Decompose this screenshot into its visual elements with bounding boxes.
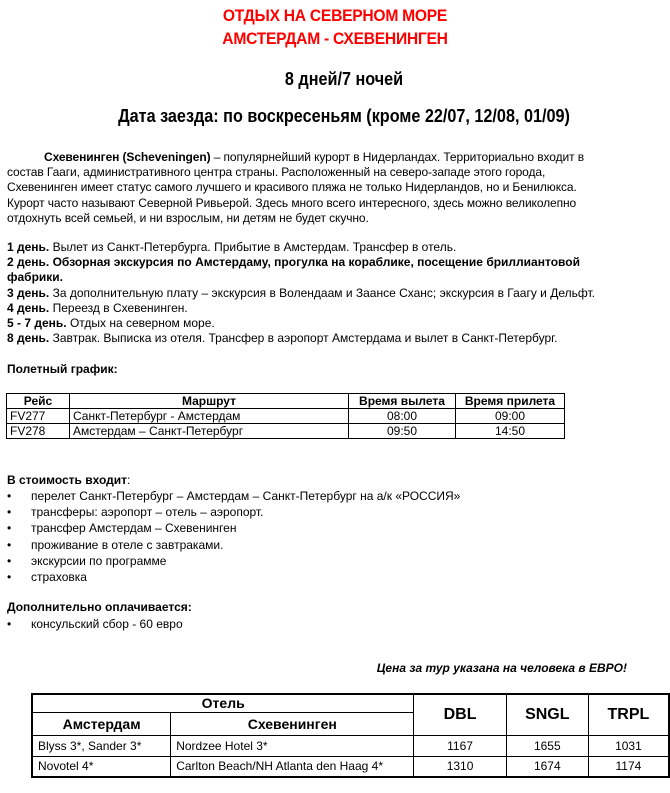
col-amsterdam: Амстердам <box>32 712 171 735</box>
itinerary-day: 3 день. За дополнительную плату – экскур… <box>7 286 667 301</box>
bullet-icon: • <box>7 553 31 569</box>
col-scheveningen: Схевенинген <box>171 712 414 735</box>
list-item: •трансфер Амстердам – Схевенинген <box>7 520 460 536</box>
flights-heading: Полетный график: <box>7 362 118 376</box>
title-line-1: ОТДЫХ НА СЕВЕРНОМ МОРЕ <box>27 6 643 26</box>
itinerary-day: 5 - 7 день. Отдых на северном море. <box>7 316 667 331</box>
table-row: Blyss 3*, Sander 3* Nordzee Hotel 3* 116… <box>32 735 669 756</box>
table-row: Novotel 4* Carlton Beach/NH Atlanta den … <box>32 756 669 777</box>
table-row: FV278 Амстердам – Санкт-Петербург 09:50 … <box>7 424 565 439</box>
list-item: •трансферы: аэропорт – отель – аэропорт. <box>7 504 460 520</box>
extra-list: •консульский сбор - 60 евро <box>7 616 183 632</box>
col-trpl: TRPL <box>588 694 669 735</box>
itinerary-day: 1 день. Вылет из Санкт-Петербурга. Прибы… <box>7 240 667 255</box>
title-line-2: АМСТЕРДАМ - СХЕВЕНИНГЕН <box>27 29 643 49</box>
col-dbl: DBL <box>414 694 506 735</box>
itinerary: 1 день. Вылет из Санкт-Петербурга. Прибы… <box>7 240 667 346</box>
bullet-icon: • <box>7 537 31 553</box>
bullet-icon: • <box>7 520 31 536</box>
list-item: •проживание в отеле с завтраками. <box>7 537 460 553</box>
list-item: •экскурсии по программе <box>7 553 460 569</box>
list-item: •консульский сбор - 60 евро <box>7 616 183 632</box>
tour-duration: 8 дней/7 ночей <box>34 69 655 90</box>
itinerary-day: 8 день. Завтрак. Выписка из отеля. Транс… <box>7 331 667 346</box>
intro-paragraph: Схевенинген (Scheveningen) – популярнейш… <box>7 150 667 226</box>
flights-table: Рейс Маршрут Время вылета Время прилета … <box>6 393 565 439</box>
itinerary-day: 4 день. Переезд в Схевенинген. <box>7 301 667 316</box>
table-row: FV277 Санкт-Петербург - Амстердам 08:00 … <box>7 409 565 424</box>
bullet-icon: • <box>7 488 31 504</box>
included-heading: В стоимость входит: <box>7 473 130 487</box>
col-sngl: SNGL <box>506 694 588 735</box>
col-arrival: Время прилета <box>456 394 565 409</box>
prices-table: Отель DBL SNGL TRPL Амстердам Схевенинге… <box>31 693 670 778</box>
intro-lead: Схевенинген (Scheveningen) <box>44 150 210 164</box>
list-item: •страховка <box>7 569 460 585</box>
bullet-icon: • <box>7 569 31 585</box>
included-list: •перелет Санкт-Петербург – Амстердам – С… <box>7 488 460 585</box>
extra-heading: Дополнительно оплачивается: <box>7 600 192 614</box>
itinerary-day: 2 день. Обзорная экскурсия по Амстердаму… <box>7 255 667 270</box>
arrival-dates: Дата заезда: по воскресеньям (кроме 22/0… <box>34 106 655 127</box>
itinerary-day-continued: фабрики. <box>7 270 667 285</box>
col-flight: Рейс <box>7 394 70 409</box>
col-route: Маршрут <box>70 394 349 409</box>
list-item: •перелет Санкт-Петербург – Амстердам – С… <box>7 488 460 504</box>
bullet-icon: • <box>7 504 31 520</box>
col-departure: Время вылета <box>349 394 456 409</box>
price-note: Цена за тур указана на человека в ЕВРО! <box>0 661 627 675</box>
hotel-header: Отель <box>32 694 414 712</box>
bullet-icon: • <box>7 616 31 632</box>
